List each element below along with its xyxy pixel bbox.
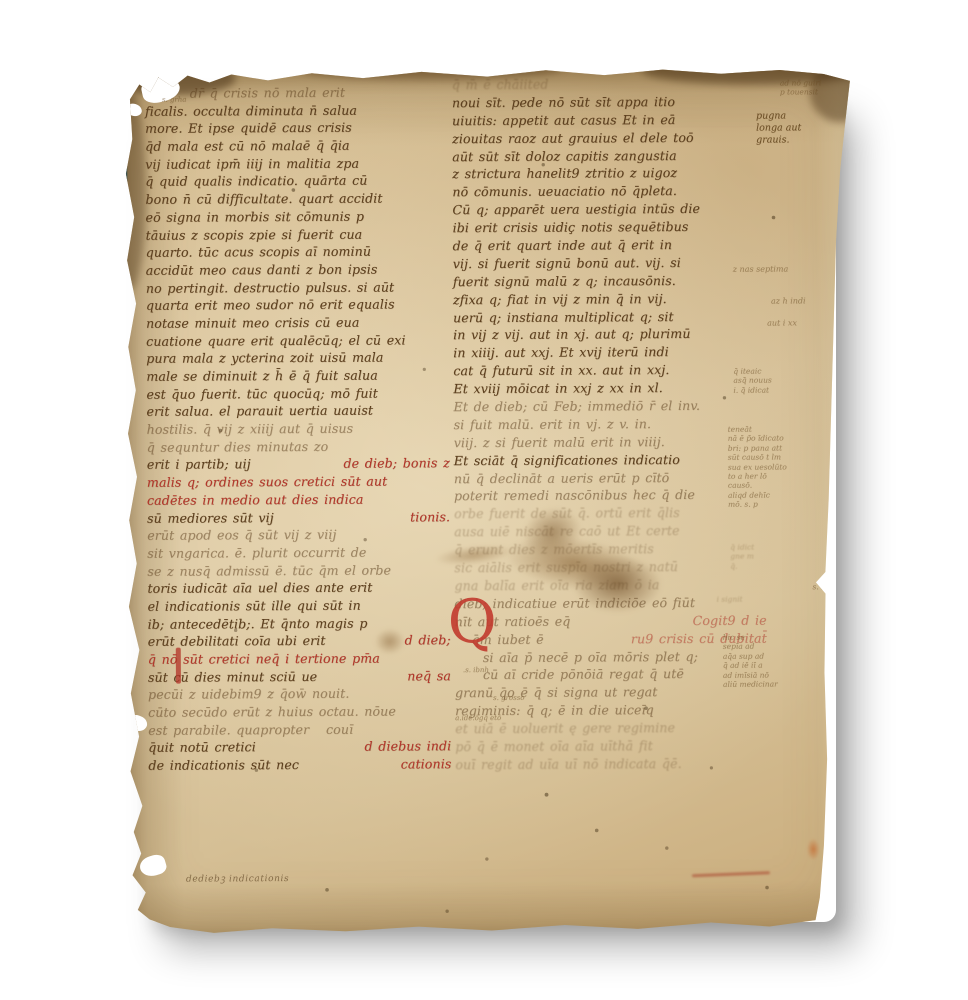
margin-note-line: aliqd dehīc [728,490,787,500]
margin-note-line: nā ē p̄o īdicato [728,434,787,444]
margin-note-line: q̄. [730,561,754,571]
margin-note-line: z nas septima [733,264,788,274]
margin-note: az h indi [771,296,806,306]
margin-note-line: ad imīsiā nō [723,670,778,680]
margin-note-line: s. grosso [493,694,525,703]
margin-note-line: mō. s. p [728,499,787,509]
margin-note-line: aq̄a sup ad [723,651,778,661]
margin-note-line: sua ex uesolūto [728,462,787,472]
margin-note: teneātnā ē p̄o īdicatobri: p pana attsūt… [728,424,787,509]
margin-note-line: teneāt [728,424,787,434]
margin-note-line: grauis. [756,134,801,146]
margin-note: i signit [716,595,742,605]
marginalia-layer: ad nō guirip touensitpugnalonga autgraui… [122,66,858,936]
margin-note: pugnalonga autgrauis. [756,110,801,146]
margin-note-line: p touensit [780,88,821,98]
margin-note-line: pugna [756,110,801,122]
margin-note-line: q̄ ad iē iī a [723,661,778,671]
photo-backdrop: dr̄ q̄ crisis nō mala eritficalis. occul… [0,0,968,1000]
margin-note: s. grosso [493,694,525,703]
margin-note: aut i xx [767,318,797,328]
margin-note: q̄ idictgne mq̄. [730,543,754,571]
margin-note-line: az h indi [771,296,806,306]
margin-note-line: sepīa ad [723,642,778,652]
margin-note-line: aliū medicinar [723,679,778,689]
margin-note-line: i. q̄ idicat [733,385,771,395]
margin-note-line: q̄ idict [730,543,754,553]
margin-note: hic sesepīa adaq̄a sup adq̄ ad iē iī aad… [723,632,778,689]
ink-specks [122,70,124,72]
margin-note-line: ad nō guiri [780,78,821,88]
margin-note-line: causō. [728,481,787,491]
margin-note: ad nō guirip touensit [780,78,822,97]
catchword-note: dediebꝫ indicationis [186,871,289,885]
margin-note: z nas septima [733,264,788,274]
margin-note-line: hic se [723,632,778,642]
margin-note: s. grha [162,96,187,105]
margin-note-line: bri: p pana att [728,443,787,453]
margin-note-line: to a her lō [728,471,787,481]
margin-note-line: sūt causō t lm [728,453,787,463]
margin-note: q̄ iteaicasq̄ nouusi. q̄ idicat [733,367,772,395]
margin-note-line: gne m [730,552,754,562]
margin-note-line: a.idē.ōgq̄ etō [455,714,501,723]
margin-note: a.idē.ōgq̄ etō [455,714,501,723]
margin-note-line: q̄ iteaic [733,367,771,377]
manuscript-page: dr̄ q̄ crisis nō mala eritficalis. occul… [122,66,858,936]
margin-note-line: i signit [716,595,742,605]
margin-note: .s. ibnh [463,666,489,675]
margin-note-line: aut i xx [767,318,797,328]
margin-note-line: .s. ibnh [463,666,489,675]
margin-note-line: longa aut [756,122,801,134]
margin-note-line: asq̄ nouus [733,376,771,386]
margin-note-line: s. grha [162,96,187,105]
